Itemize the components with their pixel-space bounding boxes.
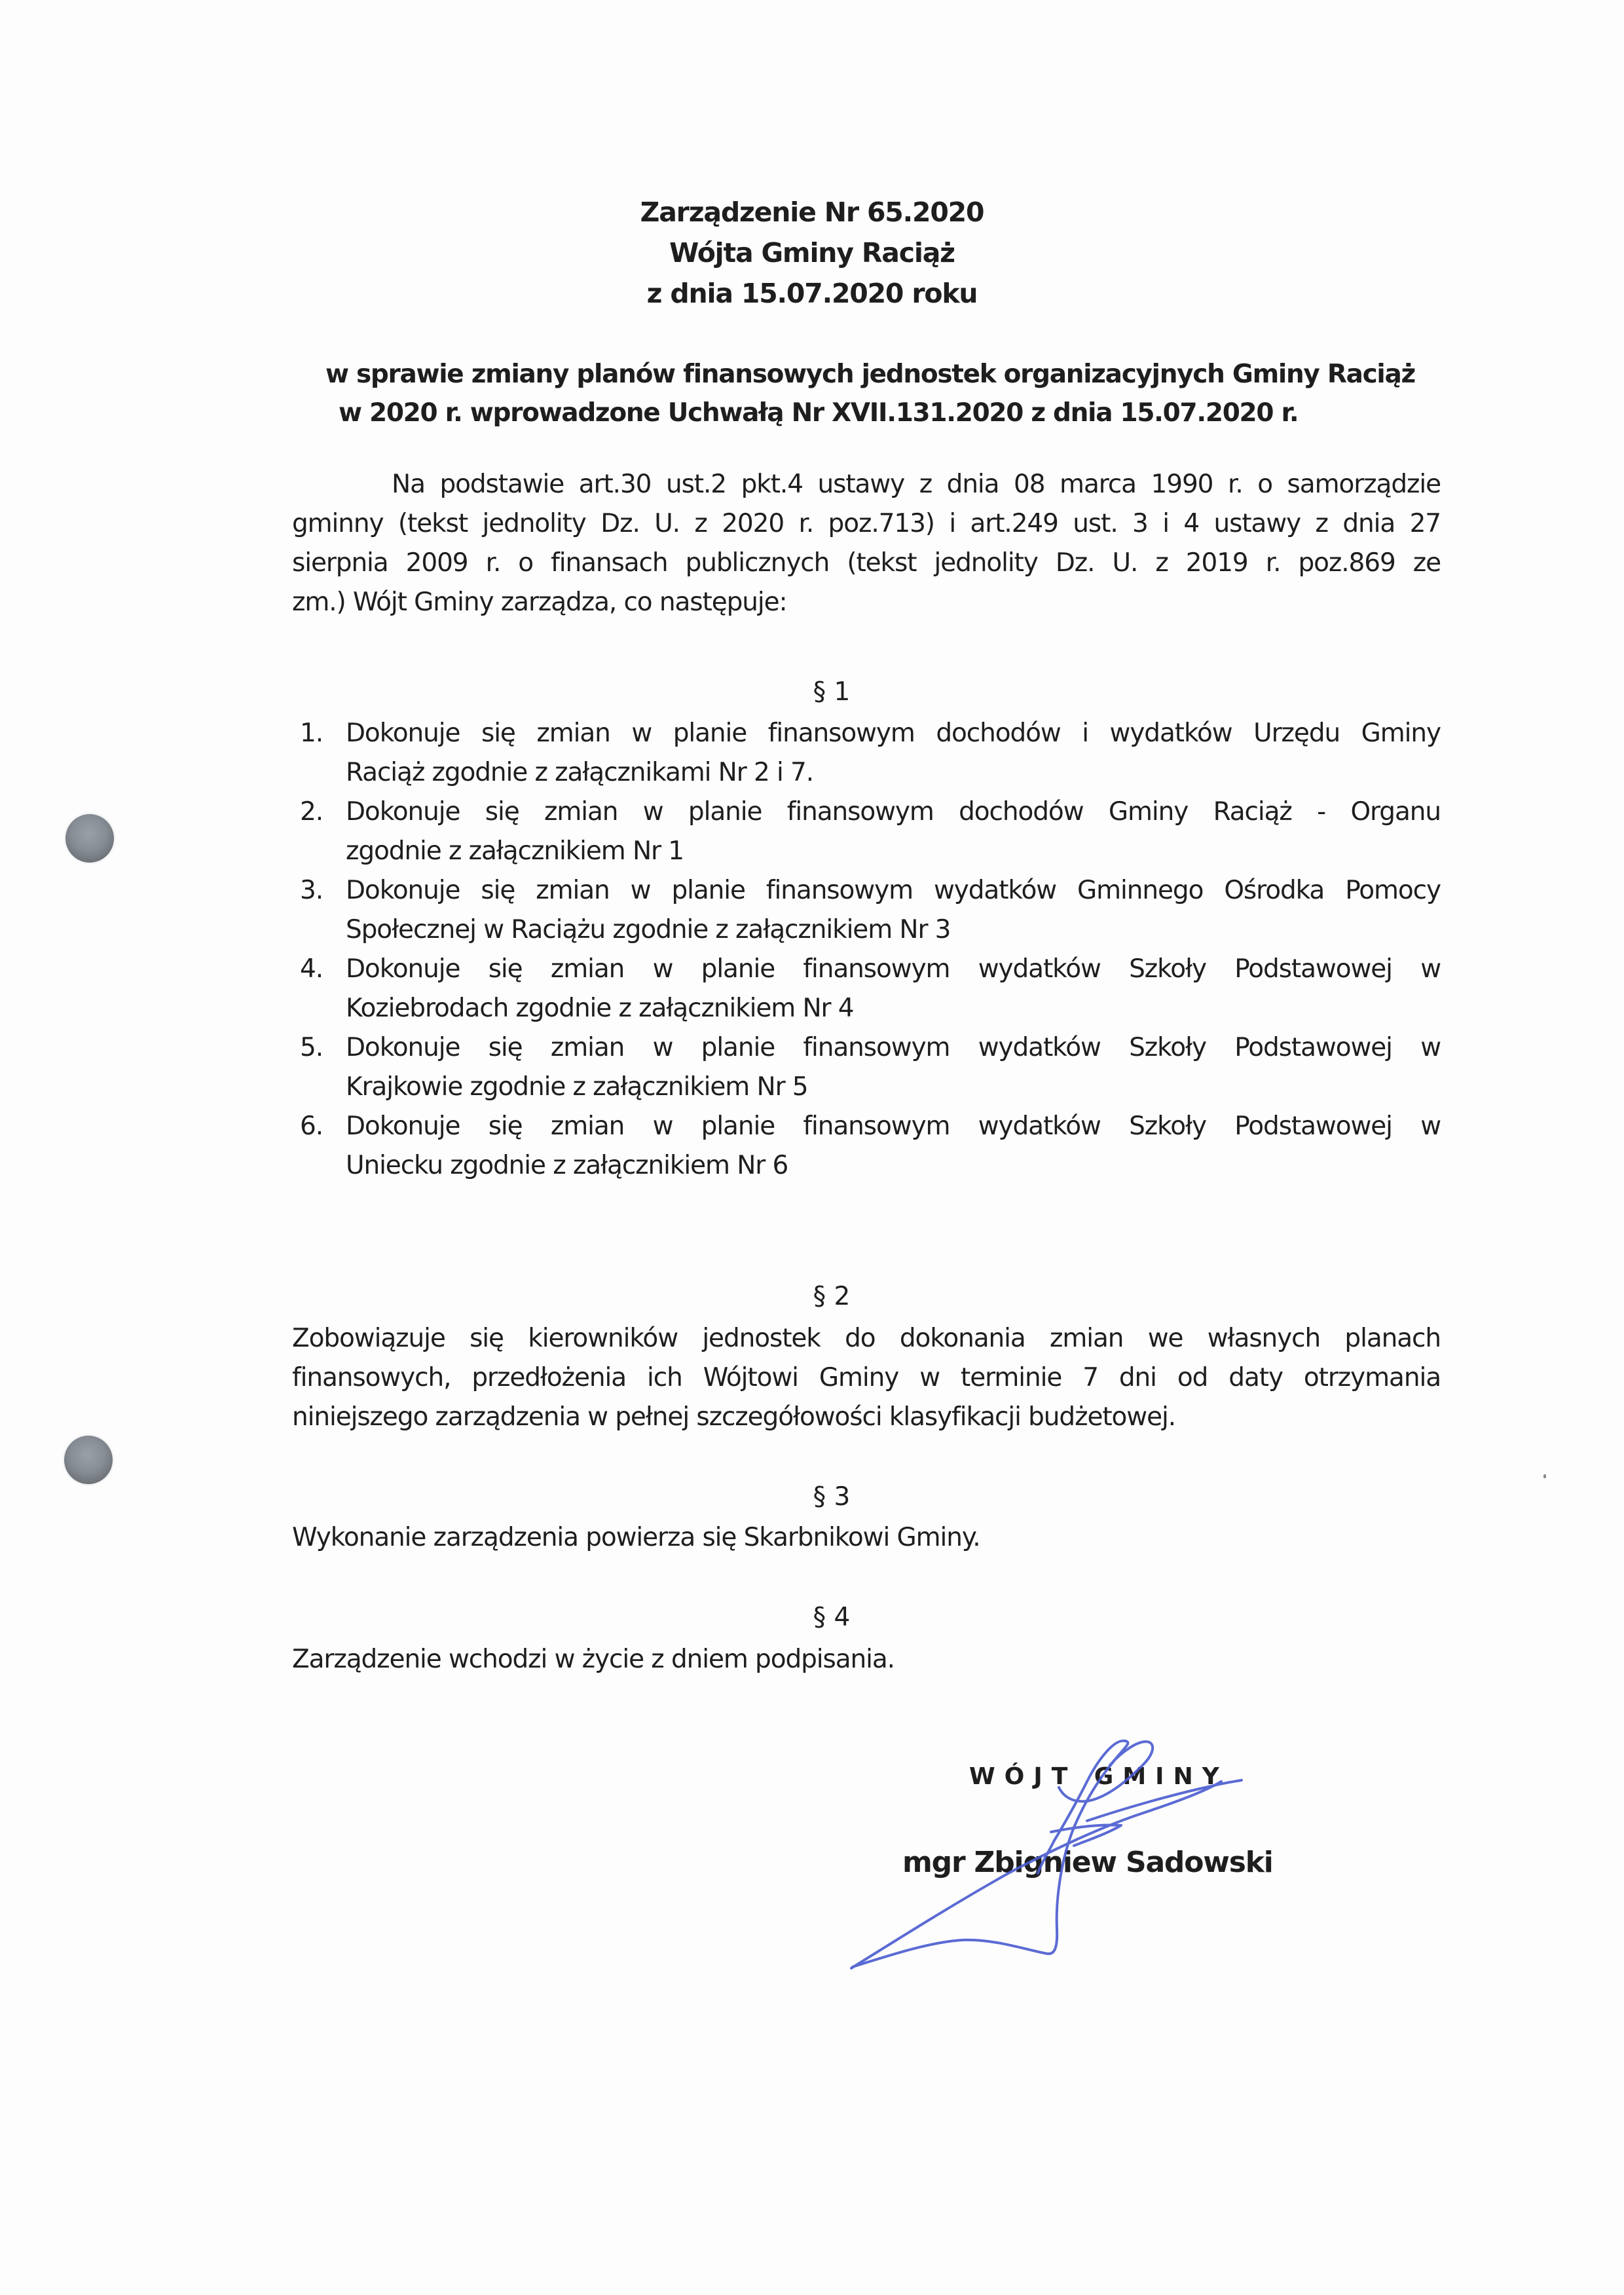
section-3-text: Wykonanie zarządzenia powierza się Skarb… bbox=[292, 1518, 1441, 1558]
list-item-number: 6. bbox=[300, 1107, 323, 1146]
list-item-text: Dokonuje się zmian w planie finansowym w… bbox=[346, 950, 1441, 989]
list-item-number: 3. bbox=[300, 871, 323, 910]
list-item-number: 4. bbox=[300, 950, 323, 989]
list-item-text: Krajkowie zgodnie z załącznikiem Nr 5 bbox=[346, 1068, 1441, 1107]
list-item-text: zgodnie z załącznikiem Nr 1 bbox=[346, 832, 1441, 871]
list-item-text: Społecznej w Raciążu zgodnie z załącznik… bbox=[346, 910, 1441, 950]
punch-hole-top bbox=[65, 814, 114, 863]
preamble-line: gminny (tekst jednolity Dz. U. z 2020 r.… bbox=[292, 504, 1441, 544]
list-item: 1. Dokonuje się zmian w planie finansowy… bbox=[300, 714, 1441, 793]
list-item-text: Dokonuje się zmian w planie finansowym w… bbox=[346, 1028, 1441, 1068]
punch-hole-bottom bbox=[64, 1436, 113, 1484]
signature-title: WÓJT GMINY bbox=[969, 1763, 1228, 1790]
subject-line-1: w sprawie zmiany planów finansowych jedn… bbox=[325, 354, 1415, 395]
list-item: 3. Dokonuje się zmian w planie finansowy… bbox=[300, 871, 1441, 950]
list-item-text: Dokonuje się zmian w planie finansowym w… bbox=[346, 1107, 1441, 1146]
document-header: Zarządzenie Nr 65.2020 Wójta Gminy Racią… bbox=[0, 192, 1624, 314]
section-1-sign: § 1 bbox=[0, 673, 1624, 712]
list-item-text: Dokonuje się zmian w planie finansowym w… bbox=[346, 871, 1441, 910]
paragraph-line: Zarządzenie wchodzi w życie z dniem podp… bbox=[292, 1640, 1441, 1679]
subject-line-2: w 2020 r. wprowadzone Uchwałą Nr XVII.13… bbox=[339, 393, 1298, 434]
list-item-text: Dokonuje się zmian w planie finansowym d… bbox=[346, 714, 1441, 753]
signatory-name: mgr Zbigniew Sadowski bbox=[902, 1846, 1273, 1879]
list-item-text: Uniecku zgodnie z załącznikiem Nr 6 bbox=[346, 1146, 1441, 1185]
list-item: 4. Dokonuje się zmian w planie finansowy… bbox=[300, 950, 1441, 1028]
paragraph-line: Zobowiązuje się kierowników jednostek do… bbox=[292, 1319, 1441, 1358]
section-2-text: Zobowiązuje się kierowników jednostek do… bbox=[292, 1319, 1441, 1437]
list-item-number: 5. bbox=[300, 1028, 323, 1068]
section-4-sign: § 4 bbox=[0, 1598, 1624, 1637]
list-item-text: Raciąż zgodnie z załącznikami Nr 2 i 7. bbox=[346, 753, 1441, 793]
ordinance-number: Zarządzenie Nr 65.2020 bbox=[0, 192, 1624, 233]
list-item: 6. Dokonuje się zmian w planie finansowy… bbox=[300, 1107, 1441, 1185]
preamble-line: zm.) Wójt Gminy zarządza, co następuje: bbox=[292, 583, 1441, 622]
section-1-list: 1. Dokonuje się zmian w planie finansowy… bbox=[300, 714, 1441, 1185]
paragraph-line: Wykonanie zarządzenia powierza się Skarb… bbox=[292, 1518, 1441, 1558]
section-3-sign: § 3 bbox=[0, 1478, 1624, 1517]
list-item-number: 1. bbox=[300, 714, 323, 753]
list-item-text: Dokonuje się zmian w planie finansowym d… bbox=[346, 793, 1441, 832]
section-2-sign: § 2 bbox=[0, 1277, 1624, 1316]
preamble-line: sierpnia 2009 r. o finansach publicznych… bbox=[292, 544, 1441, 583]
list-item-text: Koziebrodach zgodnie z załącznikiem Nr 4 bbox=[346, 989, 1441, 1028]
scanned-document-page: Zarządzenie Nr 65.2020 Wójta Gminy Racią… bbox=[0, 0, 1624, 2295]
paragraph-line: finansowych, przedłożenia ich Wójtowi Gm… bbox=[292, 1358, 1441, 1398]
preamble-line: Na podstawie art.30 ust.2 pkt.4 ustawy z… bbox=[292, 465, 1441, 504]
issue-date: z dnia 15.07.2020 roku bbox=[0, 273, 1624, 314]
section-4-text: Zarządzenie wchodzi w życie z dniem podp… bbox=[292, 1640, 1441, 1679]
list-item: 2. Dokonuje się zmian w planie finansowy… bbox=[300, 793, 1441, 871]
issuing-authority: Wójta Gminy Raciąż bbox=[0, 233, 1624, 273]
paragraph-line: niniejszego zarządzenia w pełnej szczegó… bbox=[292, 1398, 1441, 1437]
list-item-number: 2. bbox=[300, 793, 323, 832]
preamble: Na podstawie art.30 ust.2 pkt.4 ustawy z… bbox=[292, 465, 1441, 622]
list-item: 5. Dokonuje się zmian w planie finansowy… bbox=[300, 1028, 1441, 1107]
